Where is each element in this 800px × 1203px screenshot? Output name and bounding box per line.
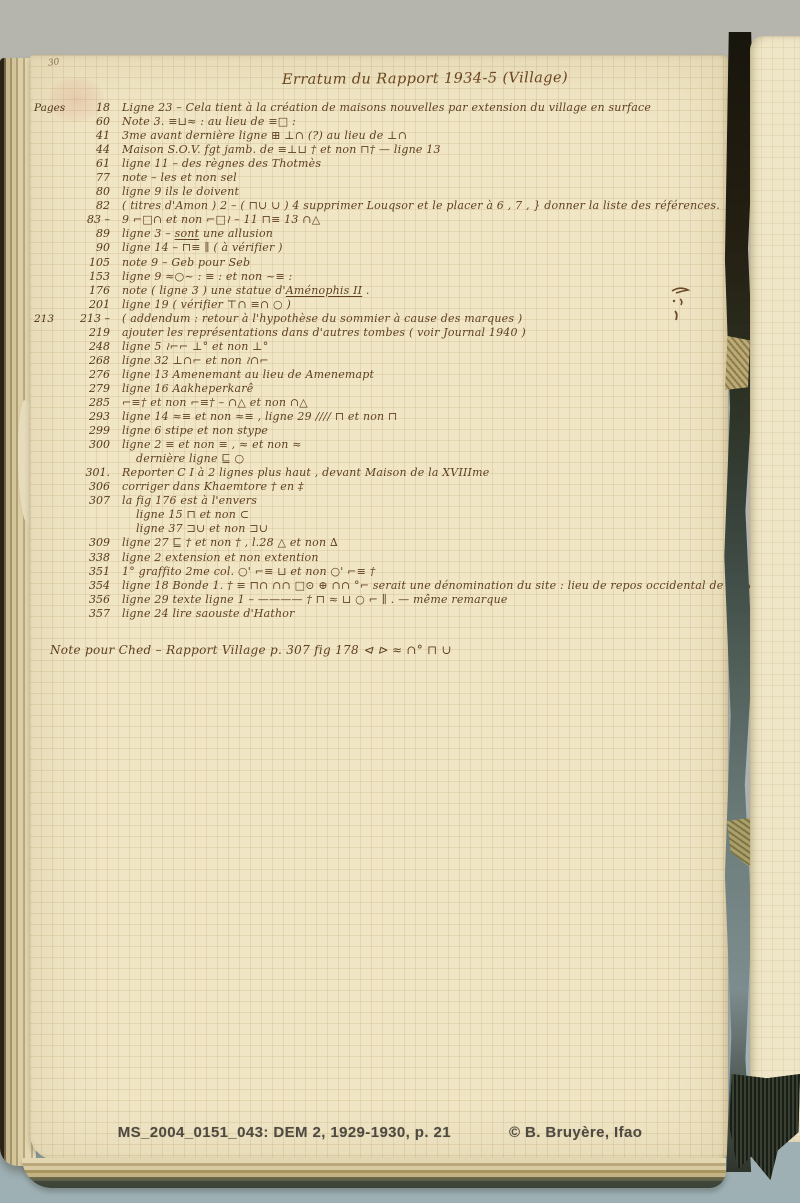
erratum-line: ligne 15 ⊓ et non ⊂ (34, 508, 724, 522)
line-text: Ligne 23 – Cela tient à la création de m… (122, 101, 724, 114)
erratum-line: 213213 –( addendum : retour à l'hypothès… (34, 312, 724, 326)
erratum-line: 61ligne 11 – des règnes des Thotmès (34, 157, 724, 171)
erratum-line: 268ligne 32 ⊥∩⌐ et non ≀∩⌐ (34, 354, 724, 368)
line-page-number: 279 (64, 382, 122, 395)
erratum-line: 83 –9 ⌐□∩ et non ⌐□≀ – 11 ⊓≡ 13 ∩△ (34, 213, 724, 227)
line-page-number: 176 (64, 284, 122, 297)
line-page-number: 357 (64, 607, 122, 620)
line-page-number: 285 (64, 396, 122, 409)
line-page-number: 44 (64, 143, 122, 156)
erratum-line: 301.Reporter C I à 2 lignes plus haut , … (34, 466, 724, 480)
erratum-line: 201ligne 19 ( vérifier ⊤∩ ≡∩ ○ ) (34, 298, 724, 312)
line-text: note – les et non sel (122, 171, 724, 184)
line-page-number: 153 (64, 270, 122, 283)
binding-cloth-patch (725, 336, 750, 390)
line-page-number: 201 (64, 298, 122, 311)
erratum-line: 338ligne 2 extension et non extention (34, 551, 724, 565)
erratum-line: 176note ( ligne 3 ) une statue d'Aménoph… (34, 284, 724, 298)
line-page-number: 338 (64, 551, 122, 564)
line-text: ligne 5 ≀⌐⌐ ⊥° et non ⊥° (122, 340, 724, 353)
erratum-line: ligne 37 ⊐∪ et non ⊐∪ (34, 522, 724, 536)
line-page-number: 307 (64, 494, 122, 507)
line-margin-number: Pages (34, 102, 64, 114)
line-text: ligne 16 Aakheperkarê (122, 382, 724, 395)
line-page-number: 219 (64, 326, 122, 339)
line-page-number: 80 (64, 185, 122, 198)
line-text: ligne 9 ≈○~ : ≡ : et non ~≡ : (122, 270, 724, 283)
line-text: ligne 6 stipe et non stype (122, 424, 724, 437)
line-page-number: 309 (64, 536, 122, 549)
line-text: ligne 37 ⊐∪ et non ⊐∪ (122, 522, 724, 535)
line-page-number: 61 (64, 157, 122, 170)
erratum-line: 357ligne 24 lire saouste d'Hathor (34, 607, 724, 621)
line-text: ( titres d'Amon ) 2 – ( ⊓∪ ∪ ) 4 supprim… (122, 199, 724, 212)
erratum-line: 309ligne 27 ⊑ † et non † , l.28 △ et non… (34, 536, 724, 550)
line-text: ligne 9 ils le doivent (122, 185, 724, 198)
line-text: ligne 13 Amenemant au lieu de Amenemapt (122, 368, 724, 381)
erratum-line: 153ligne 9 ≈○~ : ≡ : et non ~≡ : (34, 270, 724, 284)
line-text: la fig 176 est à l'envers (122, 494, 724, 507)
line-text: ( addendum : retour à l'hypothèse du som… (122, 312, 724, 325)
folio-number: 30 (47, 57, 60, 68)
erratum-lines: Pages18Ligne 23 – Cela tient à la créati… (34, 101, 724, 621)
line-text: corriger dans Khaemtore † en ‡ (122, 480, 724, 493)
line-text: dernière ligne ⊑ ○ (122, 452, 724, 465)
line-page-number: 351 (64, 565, 122, 578)
line-text: Note 3. ≡⊔≈ : au lieu de ≡□ : (122, 115, 724, 128)
margin-squiggle-icon (666, 285, 692, 329)
erratum-line: 300ligne 2 ≡ et non ≡ , ≈ et non ≈ (34, 438, 724, 452)
erratum-line: 413me avant dernière ligne ⊞ ⊥∩ (?) au l… (34, 129, 724, 143)
line-text: 1° graffito 2me col. ○' ⌐≡ ⊔ et non ○' ⌐… (122, 565, 724, 578)
erratum-line: 89ligne 3 – sont une allusion (34, 227, 724, 241)
erratum-line: 105note 9 – Geb pour Seb (34, 256, 724, 270)
note-line: Note pour Ched – Rapport Village p. 307 … (50, 643, 452, 657)
erratum-line: 279ligne 16 Aakheperkarê (34, 382, 724, 396)
erratum-line: 60Note 3. ≡⊔≈ : au lieu de ≡□ : (34, 115, 724, 129)
line-text: Reporter C I à 2 lignes plus haut , deva… (122, 466, 724, 479)
line-page-number: 41 (64, 129, 122, 142)
line-text: 9 ⌐□∩ et non ⌐□≀ – 11 ⊓≡ 13 ∩△ (122, 213, 724, 226)
line-text: Maison S.O.V. fgt jamb. de ≡⊥⊔ † et non … (122, 143, 724, 156)
line-text: note 9 – Geb pour Seb (122, 256, 724, 269)
line-margin-number: 213 (34, 313, 64, 325)
line-page-number: 89 (64, 227, 122, 240)
line-page-number: 18 (64, 101, 122, 114)
line-page-number: 60 (64, 115, 122, 128)
line-text: ligne 2 extension et non extention (122, 551, 724, 564)
page-title: Erratum du Rapport 1934-5 (Village) (282, 70, 568, 88)
line-text: ligne 3 – sont une allusion (122, 227, 724, 240)
line-page-number: 90 (64, 241, 122, 254)
line-text: ligne 27 ⊑ † et non † , l.28 △ et non ∆ (122, 536, 724, 549)
line-text: ligne 11 – des règnes des Thotmès (122, 157, 724, 170)
line-text: ligne 24 lire saouste d'Hathor (122, 607, 724, 620)
erratum-line: 44Maison S.O.V. fgt jamb. de ≡⊥⊔ † et no… (34, 143, 724, 157)
line-text: ligne 14 ≈≡ et non ≈≡ , ligne 29 ∕∕∕∕ ⊓ … (122, 410, 724, 423)
copyright-credit: © B. Bruyère, Ifao (509, 1124, 642, 1141)
erratum-line: dernière ligne ⊑ ○ (34, 452, 724, 466)
notebook-page: 30 Erratum du Rapport 1934-5 (Village) P… (30, 55, 728, 1160)
scan-caption: MS_2004_0151_043: DEM 2, 1929-1930, p. 2… (0, 1124, 760, 1141)
line-page-number: 77 (64, 171, 122, 184)
adjacent-page (750, 36, 800, 1142)
erratum-line: 82( titres d'Amon ) 2 – ( ⊓∪ ∪ ) 4 suppr… (34, 199, 724, 213)
line-text: note ( ligne 3 ) une statue d'Aménophis … (122, 284, 724, 297)
line-text: ligne 15 ⊓ et non ⊂ (122, 508, 724, 521)
manuscript-id: MS_2004_0151_043: DEM 2, 1929-1930, p. 2… (118, 1124, 451, 1141)
line-page-number: 105 (64, 256, 122, 269)
erratum-line: 307la fig 176 est à l'envers (34, 494, 724, 508)
erratum-line: 77note – les et non sel (34, 171, 724, 185)
line-text: ligne 14 – ⊓≡ ∥ ( à vérifier ) (122, 241, 724, 254)
line-page-number: 276 (64, 368, 122, 381)
erratum-line: 299ligne 6 stipe et non stype (34, 424, 724, 438)
line-page-number: 293 (64, 410, 122, 423)
line-text: ajouter les représentations dans d'autre… (122, 326, 724, 339)
line-text: ⌐≡† et non ⌐≡† – ∩△ et non ∩△ (122, 396, 724, 409)
erratum-line: 285⌐≡† et non ⌐≡† – ∩△ et non ∩△ (34, 396, 724, 410)
erratum-line: 90ligne 14 – ⊓≡ ∥ ( à vérifier ) (34, 241, 724, 255)
erratum-line: 293ligne 14 ≈≡ et non ≈≡ , ligne 29 ∕∕∕∕… (34, 410, 724, 424)
line-page-number: 82 (64, 199, 122, 212)
line-text: ligne 32 ⊥∩⌐ et non ≀∩⌐ (122, 354, 724, 367)
line-page-number: 306 (64, 480, 122, 493)
bottom-page-stack (22, 1158, 726, 1188)
erratum-line: 276ligne 13 Amenemant au lieu de Amenema… (34, 368, 724, 382)
line-page-number: 354 (64, 579, 122, 592)
line-page-number: 299 (64, 424, 122, 437)
line-page-number: 300 (64, 438, 122, 451)
line-page-number: 248 (64, 340, 122, 353)
erratum-line: 248ligne 5 ≀⌐⌐ ⊥° et non ⊥° (34, 340, 724, 354)
line-text: 3me avant dernière ligne ⊞ ⊥∩ (?) au lie… (122, 129, 724, 142)
line-page-number: 356 (64, 593, 122, 606)
line-page-number: 83 – (64, 213, 122, 226)
line-page-number: 268 (64, 354, 122, 367)
line-text: ligne 29 texte ligne 1 – ———— † ⊓ ≈ ⊔ ○ … (122, 593, 724, 606)
erratum-line: 306corriger dans Khaemtore † en ‡ (34, 480, 724, 494)
erratum-line: Pages18Ligne 23 – Cela tient à la créati… (34, 101, 724, 115)
erratum-line: 3511° graffito 2me col. ○' ⌐≡ ⊔ et non ○… (34, 565, 724, 579)
erratum-line: 80ligne 9 ils le doivent (34, 185, 724, 199)
erratum-line: 219ajouter les représentations dans d'au… (34, 326, 724, 340)
line-text: ligne 19 ( vérifier ⊤∩ ≡∩ ○ ) (122, 298, 724, 311)
line-page-number: 301. (64, 466, 122, 479)
line-page-number: 213 – (64, 312, 122, 325)
line-text: ligne 2 ≡ et non ≡ , ≈ et non ≈ (122, 438, 724, 451)
line-text: ligne 18 Bonde 1. † ≡ ⊓∩ ∩∩ □⊙ ⊕ ∩∩ °⌐ s… (122, 579, 798, 592)
erratum-line: 356ligne 29 texte ligne 1 – ———— † ⊓ ≈ ⊔… (34, 593, 724, 607)
erratum-line: 354ligne 18 Bonde 1. † ≡ ⊓∩ ∩∩ □⊙ ⊕ ∩∩ °… (34, 579, 724, 593)
